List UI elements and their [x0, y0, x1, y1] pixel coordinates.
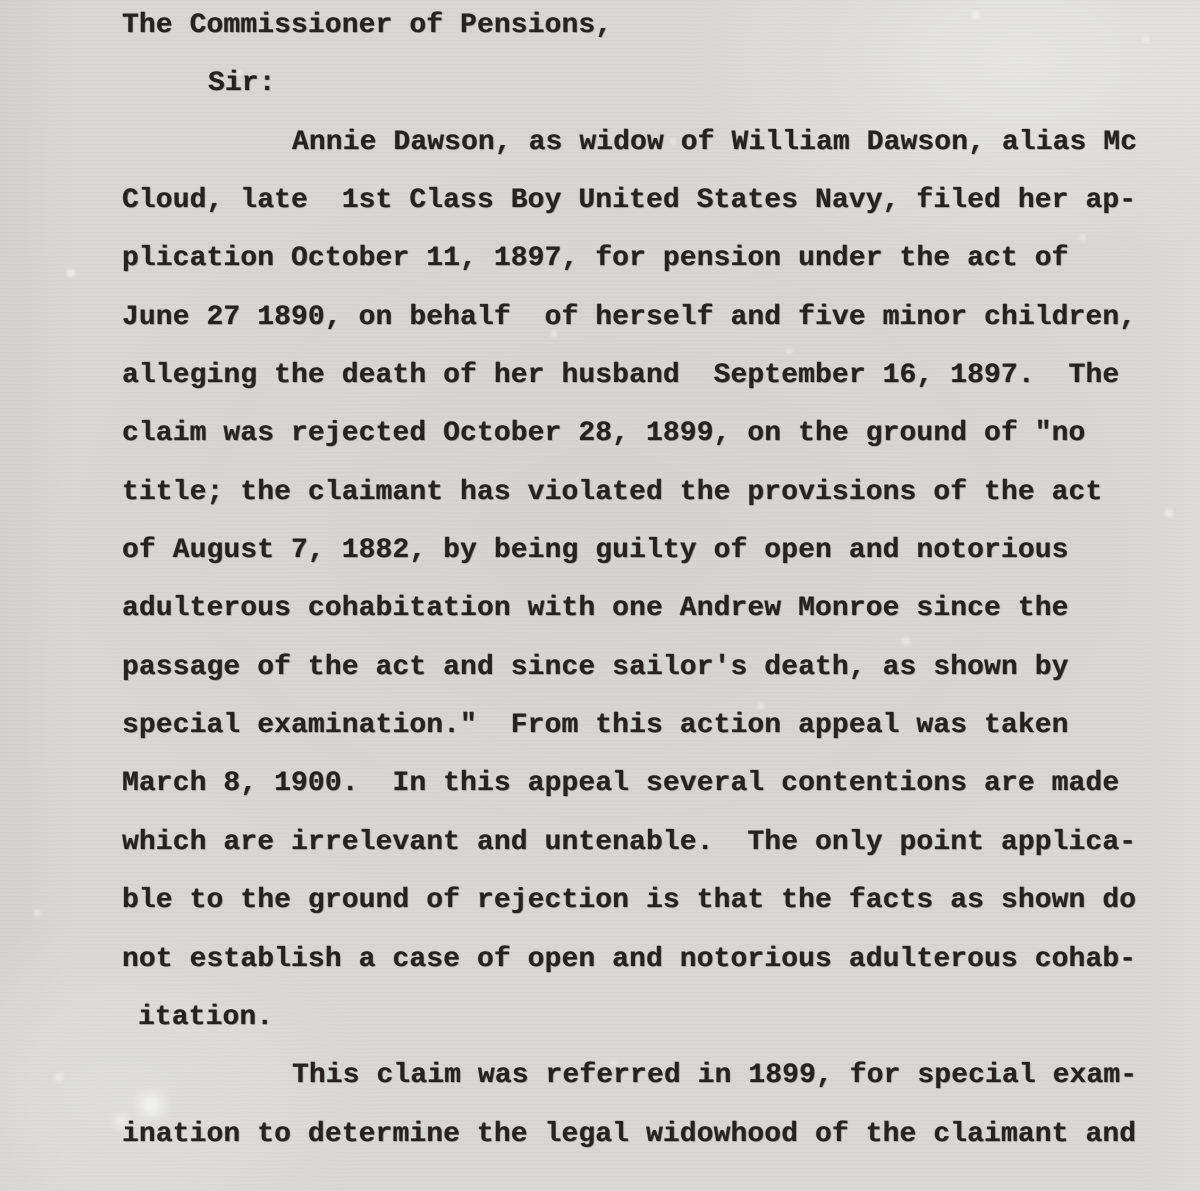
text-line: June 27 1890, on behalf of herself and f…: [122, 289, 1200, 347]
text-line: adulterous cohabitation with one Andrew …: [122, 580, 1200, 638]
text-line: ination to determine the legal widowhood…: [122, 1106, 1200, 1164]
text-line: ble to the ground of rejection is that t…: [122, 872, 1200, 930]
text-line: passage of the act and since sailor's de…: [122, 639, 1200, 697]
salutation-address-line: The Commissioner of Pensions,: [122, 0, 1200, 55]
salutation-sir-line: Sir:: [208, 55, 1200, 113]
text-line: Cloud, late 1st Class Boy United States …: [122, 172, 1200, 230]
document-page: The Commissioner of Pensions, Sir: Annie…: [0, 0, 1200, 1191]
text-line: This claim was referred in 1899, for spe…: [292, 1047, 1200, 1105]
text-line: which are irrelevant and untenable. The …: [122, 814, 1200, 872]
letter-body: The Commissioner of Pensions, Sir: Annie…: [0, 0, 1200, 1164]
text-line: not establish a case of open and notorio…: [122, 931, 1200, 989]
text-line: plication October 11, 1897, for pension …: [122, 230, 1200, 288]
text-line: alleging the death of her husband Septem…: [122, 347, 1200, 405]
text-line: itation.: [138, 989, 1200, 1047]
text-line: of August 7, 1882, by being guilty of op…: [122, 522, 1200, 580]
text-line: special examination." From this action a…: [122, 697, 1200, 755]
text-line: claim was rejected October 28, 1899, on …: [122, 405, 1200, 463]
text-line: Annie Dawson, as widow of William Dawson…: [292, 114, 1200, 172]
text-line: March 8, 1900. In this appeal several co…: [122, 755, 1200, 813]
text-line: title; the claimant has violated the pro…: [122, 464, 1200, 522]
